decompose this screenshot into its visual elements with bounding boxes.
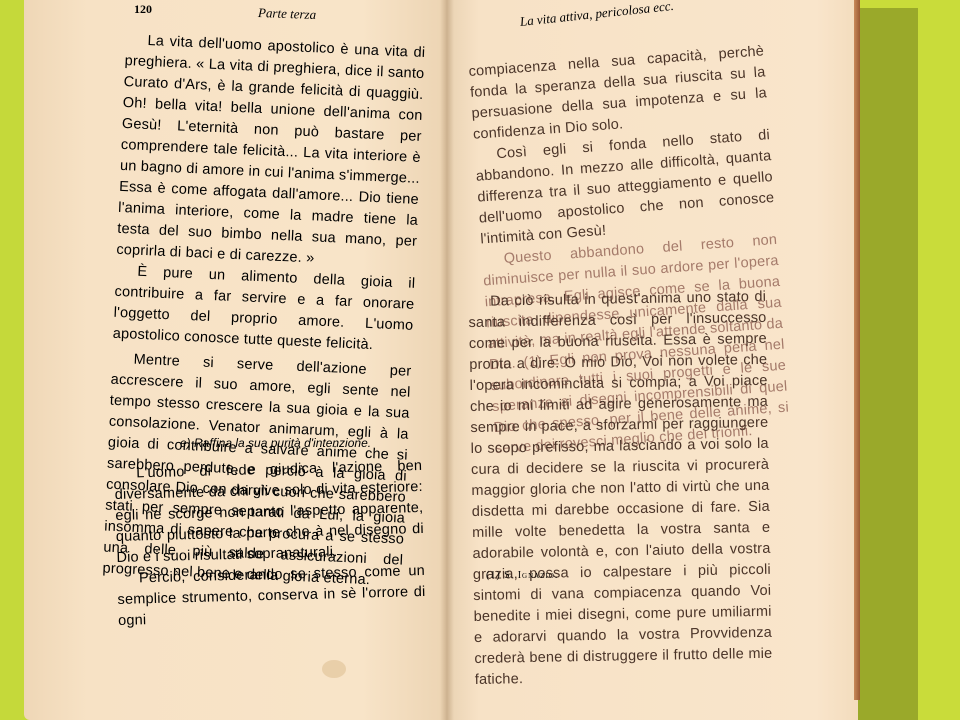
footnote: (1) S. Ignazio. xyxy=(486,570,558,581)
paragraph: È pure un alimento della gioia il contri… xyxy=(112,261,415,358)
left-body-text-2: L'uomo di fede giudica l'azione ben dive… xyxy=(114,456,426,632)
paragraph: Così egli si fonda nello stato di abband… xyxy=(474,125,777,250)
paragraph: Da ciò risulta in quest'anima uno stato … xyxy=(468,287,773,691)
book-gutter xyxy=(440,0,454,720)
section-subheading: e) Raffina la sua purità d'intenzione. xyxy=(180,436,371,450)
page-edge xyxy=(854,0,860,700)
paragraph: La vita dell'uomo apostolico è una vita … xyxy=(116,30,426,274)
right-body-text-2: Da ciò risulta in quest'anima uno stato … xyxy=(468,287,773,691)
paragraph: Perciò, considerando se stesso come un s… xyxy=(117,561,427,632)
paper-stain xyxy=(322,660,346,678)
book-shadow xyxy=(858,8,918,720)
paragraph: L'uomo di fede giudica l'azione ben dive… xyxy=(114,456,425,569)
page-number: 120 xyxy=(134,2,152,17)
running-head-left: Parte terza xyxy=(258,5,317,23)
